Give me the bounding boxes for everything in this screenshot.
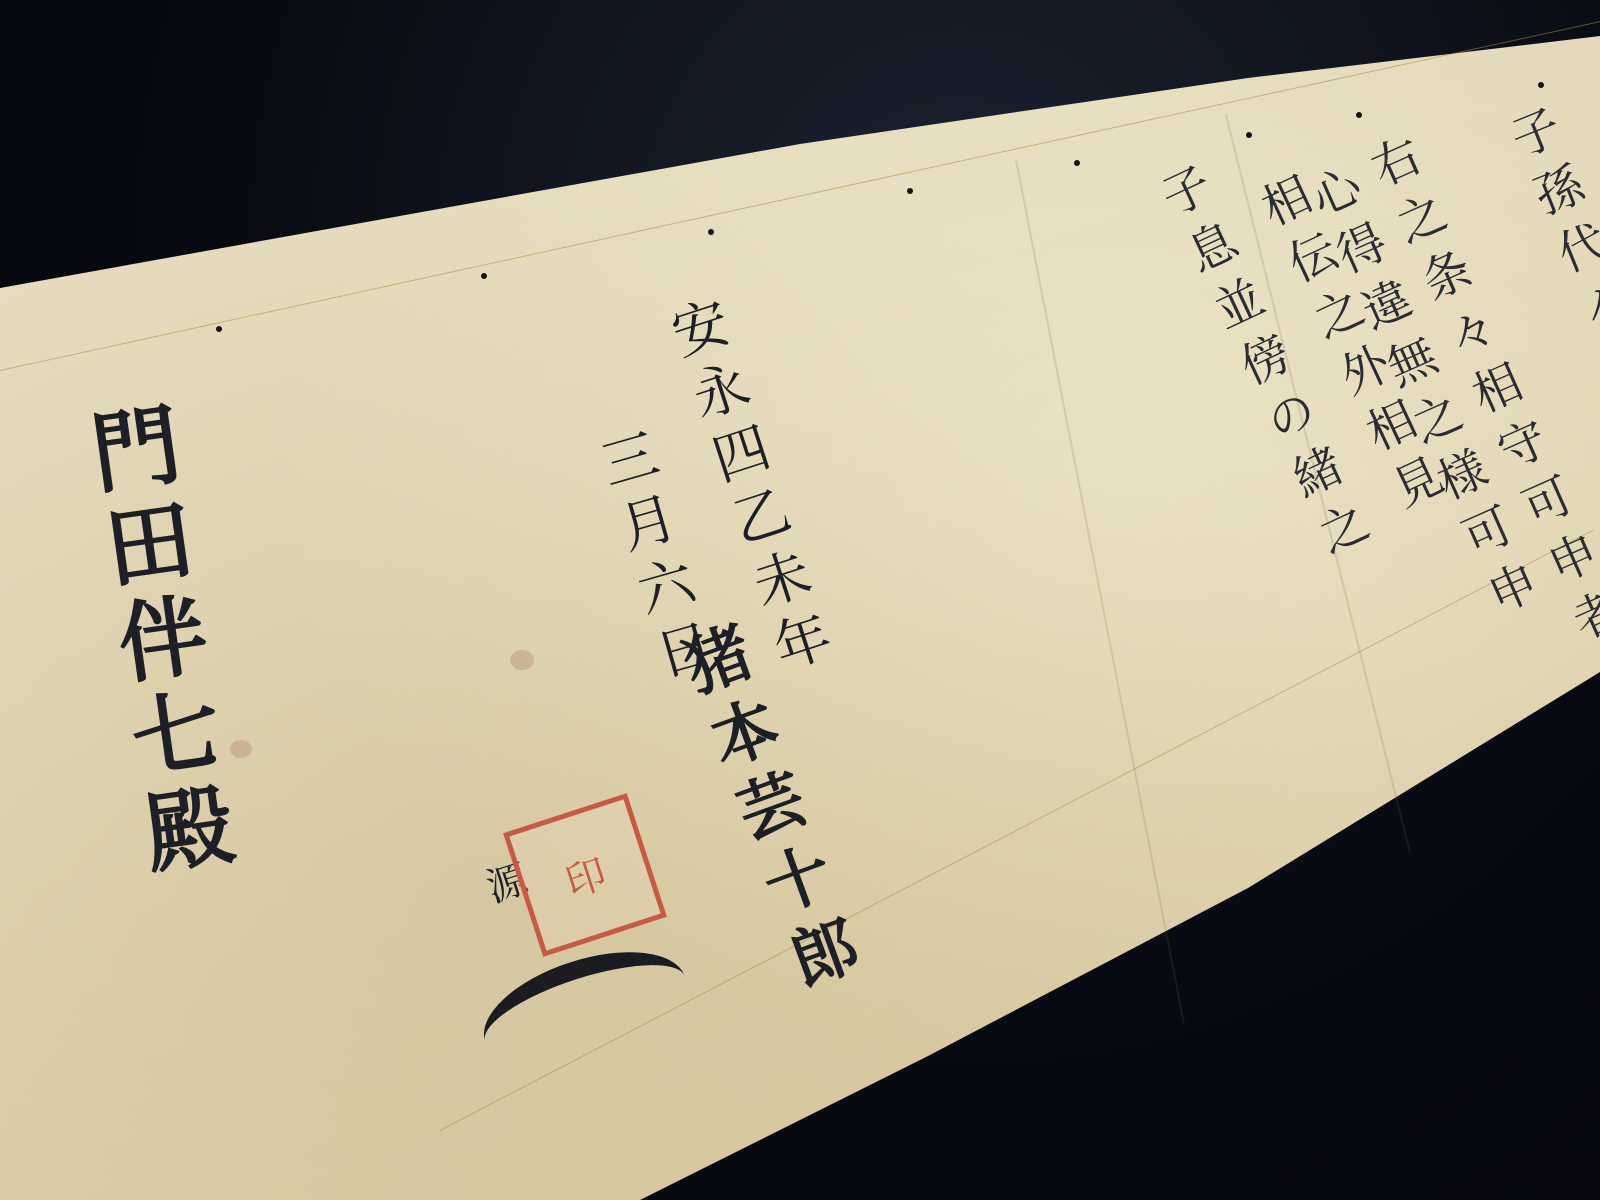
binding-dot — [1356, 112, 1362, 118]
binding-dot — [1538, 82, 1544, 88]
binding-dot — [216, 326, 222, 332]
binding-dot — [1074, 160, 1080, 166]
binding-dot — [1246, 132, 1252, 138]
binding-dot — [481, 273, 487, 279]
seal-text: 印 — [557, 842, 613, 909]
paper-stain — [510, 650, 534, 670]
binding-dot — [907, 188, 913, 194]
binding-dot — [708, 229, 714, 235]
scroll-scene: 門田伴七殿 安永四乙未年 三月六日 猪本芸十郎 源 印 子孫代々 右之条々相守可… — [0, 0, 1600, 1200]
paper-stain — [230, 740, 252, 758]
